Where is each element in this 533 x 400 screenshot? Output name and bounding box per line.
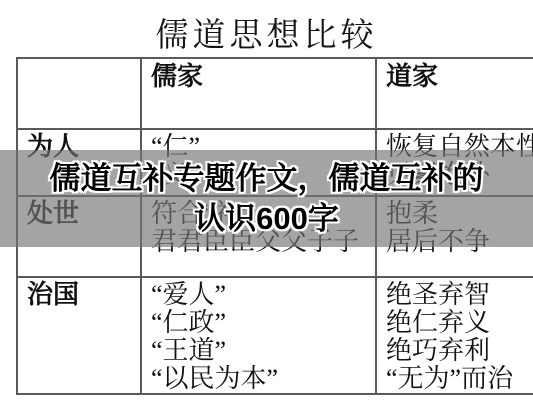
table-header-row: 儒家 道家 — [17, 58, 533, 129]
cell-daoist-zhiguo: 绝圣弃智 绝仁弃义 绝巧弃利 “无为”而治 — [376, 277, 533, 394]
cell-line: “无为”而治 — [386, 365, 533, 393]
watermark-overlay: 儒道互补专题作文，儒道互补的 认识600字 — [0, 150, 533, 247]
cell-confucian-zhiguo: “爱人” “仁政” “王道” “以民为本” — [141, 277, 376, 394]
header-cell-daoist: 道家 — [376, 58, 533, 129]
header-cell-empty — [17, 58, 141, 129]
page-title: 儒道思想比较 — [0, 9, 533, 56]
watermark-text-line-1: 儒道互补专题作文，儒道互补的 — [50, 159, 484, 199]
cell-line: “王道” — [151, 337, 371, 365]
header-cell-confucian: 儒家 — [141, 58, 376, 129]
watermark-text-line-2: 认识600字 — [194, 199, 339, 239]
cell-line: 绝圣弃智 — [386, 281, 533, 309]
cell-line: 绝仁弃义 — [386, 309, 533, 337]
cell-line: 绝巧弃利 — [386, 337, 533, 365]
cell-line: “以民为本” — [151, 365, 371, 393]
cell-line: “爱人” — [151, 281, 371, 309]
cell-line: “仁政” — [151, 309, 371, 337]
table-row: 治国 “爱人” “仁政” “王道” “以民为本” 绝圣弃智 绝仁弃义 绝巧弃利 … — [17, 277, 533, 394]
row-label-zhiguo: 治国 — [17, 277, 141, 394]
